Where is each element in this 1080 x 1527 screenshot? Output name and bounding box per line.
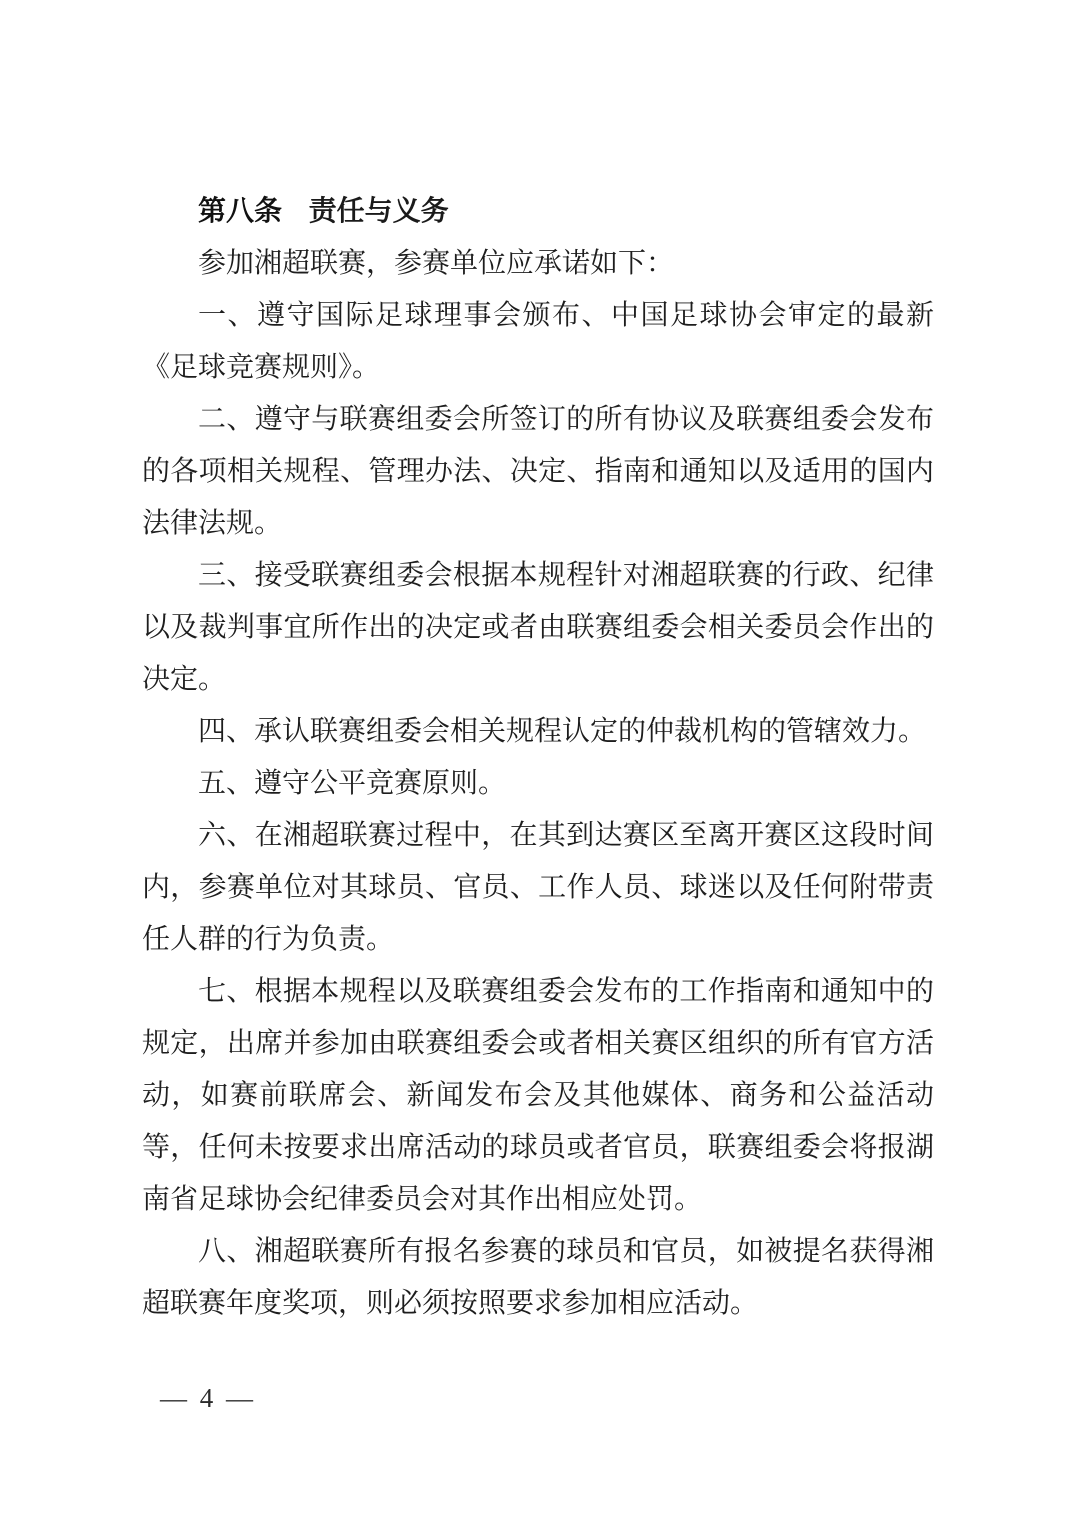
- page-footer: — 4 —: [160, 1382, 256, 1414]
- document-page: 第八条责任与义务 参加湘超联赛，参赛单位应承诺如下： 一、遵守国际足球理事会颁布…: [0, 0, 1080, 1527]
- article-heading: 第八条责任与义务: [142, 185, 934, 238]
- article-title: 责任与义务: [309, 196, 449, 227]
- paragraph: 五、遵守公平竞赛原则。: [142, 758, 934, 810]
- paragraph: 六、在湘超联赛过程中，在其到达赛区至离开赛区这段时间内，参赛单位对其球员、官员、…: [142, 810, 934, 966]
- page-number: — 4 —: [160, 1383, 256, 1413]
- paragraph: 七、根据本规程以及联赛组委会发布的工作指南和通知中的规定，出席并参加由联赛组委会…: [142, 966, 934, 1226]
- document-body: 第八条责任与义务 参加湘超联赛，参赛单位应承诺如下： 一、遵守国际足球理事会颁布…: [142, 185, 934, 1330]
- paragraph: 三、接受联赛组委会根据本规程针对湘超联赛的行政、纪律以及裁判事宜所作出的决定或者…: [142, 550, 934, 706]
- article-number: 第八条: [198, 195, 282, 226]
- paragraph: 一、遵守国际足球理事会颁布、中国足球协会审定的最新《足球竞赛规则》。: [142, 290, 934, 394]
- paragraph: 四、承认联赛组委会相关规程认定的仲裁机构的管辖效力。: [142, 706, 934, 758]
- paragraph: 八、湘超联赛所有报名参赛的球员和官员，如被提名获得湘超联赛年度奖项，则必须按照要…: [142, 1226, 934, 1330]
- paragraph: 参加湘超联赛，参赛单位应承诺如下：: [142, 238, 934, 290]
- paragraph: 二、遵守与联赛组委会所签订的所有协议及联赛组委会发布的各项相关规程、管理办法、决…: [142, 394, 934, 550]
